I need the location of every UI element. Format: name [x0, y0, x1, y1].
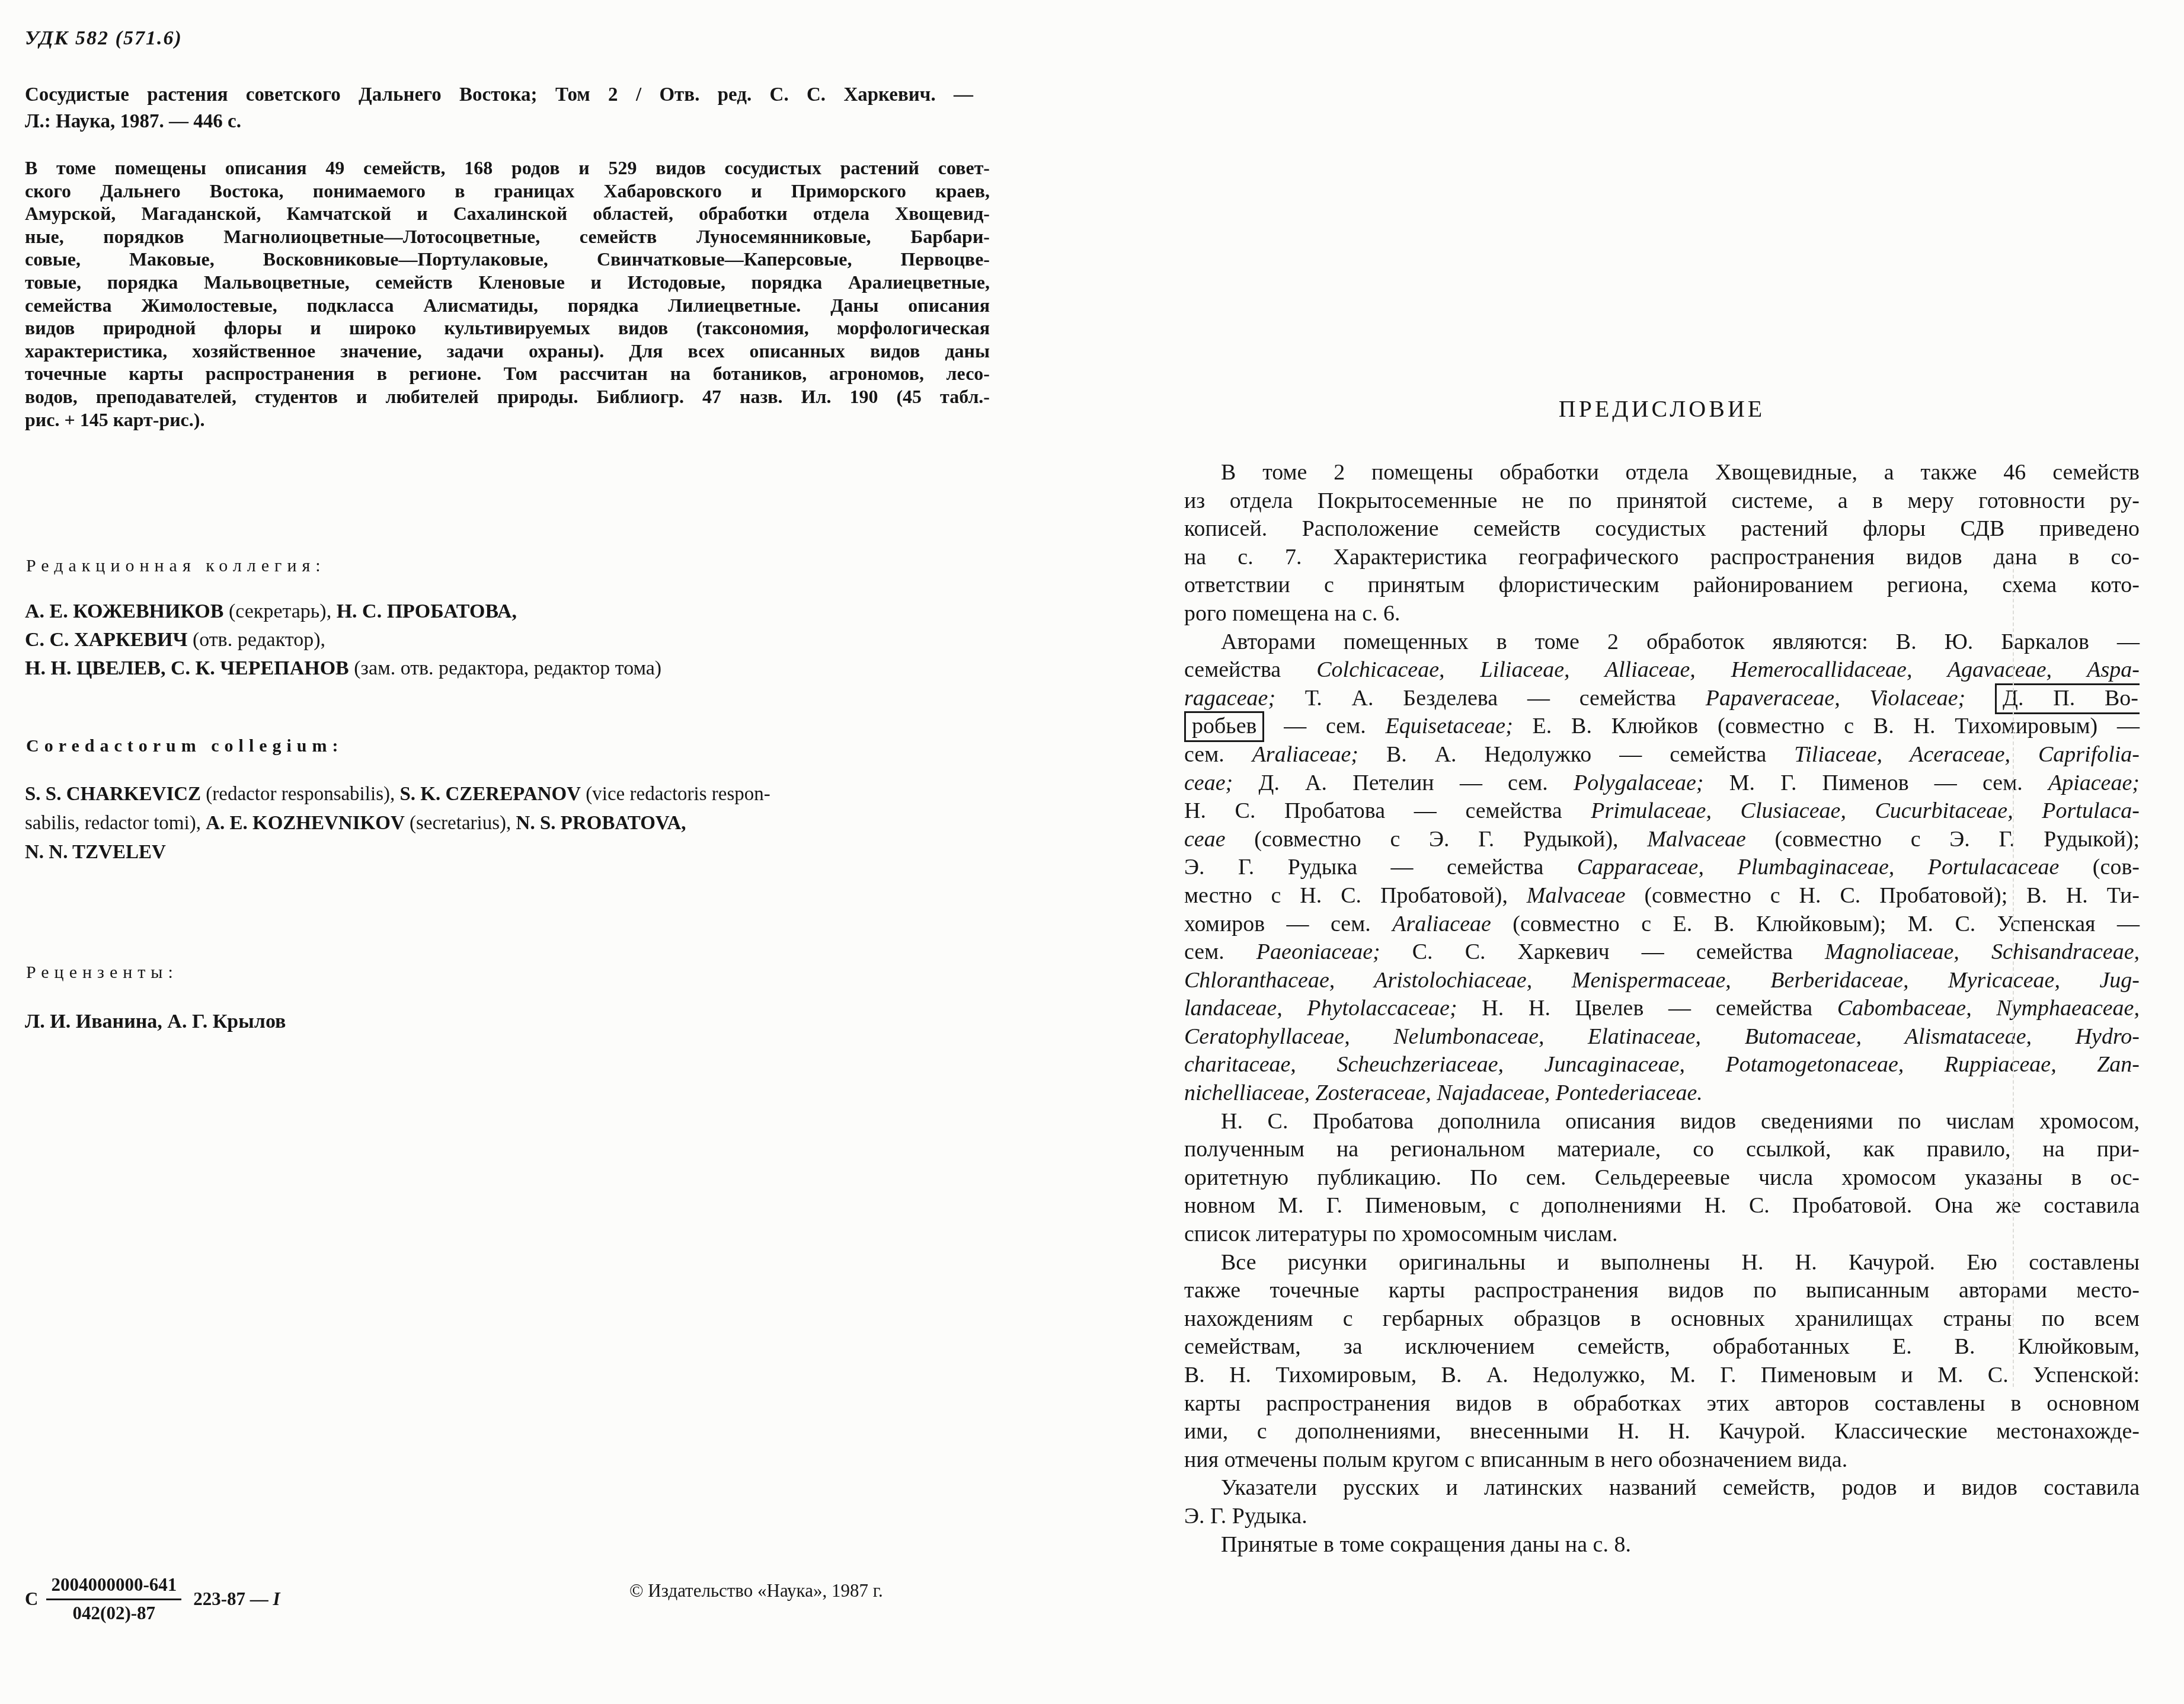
- text-line: ные, порядков Магнолиоцветные—Лотосоцвет…: [25, 225, 990, 248]
- text-line: Н. Н. ЦВЕЛЕВ, С. К. ЧЕРЕПАНОВ (зам. отв.…: [25, 654, 990, 683]
- text-segment: Chloranthaceae, Aristolochiaceae, Menisp…: [1184, 968, 2140, 993]
- text-segment: Malvaceae: [1527, 883, 1626, 908]
- text-segment: Указатели русских и латинских названий с…: [1221, 1475, 2140, 1500]
- paragraph: Принятые в томе сокращения даны на с. 8.: [1184, 1531, 2140, 1559]
- text-segment: Сосудистые растения советского Дальнего …: [25, 84, 973, 105]
- text-segment: Araliaceae: [1392, 912, 1491, 936]
- text-line: видов природной флоры и широко культивир…: [25, 316, 990, 340]
- text-segment: ceae: [1184, 827, 1226, 852]
- text-segment: кописей. Расположение семейств сосудисты…: [1184, 516, 2140, 541]
- text-segment: В томе помещены описания 49 семейств, 16…: [25, 157, 990, 178]
- text-line: рис. + 145 карт-рис.).: [25, 408, 990, 431]
- text-line: новном М. Г. Пименовым, с дополнениями Н…: [1184, 1192, 2140, 1220]
- text-segment: Araliaceae;: [1252, 742, 1358, 767]
- text-line: В. Н. Тихомировым, В. А. Недолужко, М. Г…: [1184, 1361, 2140, 1390]
- text-segment: оритетную публикацию. По сем. Сельдереев…: [1184, 1165, 2140, 1190]
- text-segment: Paeoniaceae;: [1256, 939, 1380, 964]
- text-segment: водов, преподавателей, студентов и любит…: [25, 386, 990, 407]
- text-line: nichelliaceae, Zosteraceae, Najadaceae, …: [1184, 1079, 2140, 1108]
- text-segment: ими, с дополнениями, внесенными Н. Н. Ка…: [1184, 1419, 2140, 1444]
- text-segment: (сов-: [2059, 855, 2140, 880]
- text-segment: Все рисунки оригинальны и выполнены Н. Н…: [1221, 1250, 2140, 1275]
- text-segment: В томе 2 помещены обработки отдела Хвоще…: [1221, 460, 2140, 485]
- text-segment: S. S. CHARKEVICZ: [25, 784, 201, 805]
- coredactorum-members: S. S. CHARKEVICZ (redactor responsabilis…: [25, 780, 997, 867]
- text-line: N. N. TZVELEV: [25, 838, 997, 867]
- text-segment: точечные карты распространения в регионе…: [25, 363, 990, 384]
- copyright-notice: © Издательство «Наука», 1987 г.: [629, 1580, 883, 1601]
- text-segment: Н. С. Пробатова дополнила описания видов…: [1221, 1109, 2140, 1134]
- text-line: семейства Colchicaceae, Liliaceae, Allia…: [1184, 656, 2140, 685]
- text-segment: Colchicaceae, Liliaceae, Alliaceae, Heme…: [1316, 657, 2140, 682]
- text-line: ния отмечены полым кругом с вписанным в …: [1184, 1446, 2140, 1475]
- text-line: полученным на региональном материале, со…: [1184, 1136, 2140, 1164]
- text-line: С. С. ХАРКЕВИЧ (отв. редактор),: [25, 626, 990, 654]
- text-segment: карты распространения видов в обработках…: [1184, 1391, 2140, 1416]
- text-line: характеристика, хозяйственное значение, …: [25, 340, 990, 363]
- text-segment: также точечные карты распространения вид…: [1184, 1278, 2140, 1303]
- text-segment: Д. А. Петелин — сем.: [1233, 771, 1574, 795]
- text-segment: ского Дальнего Востока, понимаемого в гр…: [25, 180, 990, 202]
- text-line: ceae; Д. А. Петелин — сем. Polygalaceae;…: [1184, 769, 2140, 798]
- text-segment: — сем.: [1264, 714, 1385, 738]
- paragraph: Н. С. Пробатова дополнила описания видов…: [1184, 1108, 2140, 1249]
- text-line: на с. 7. Характеристика географического …: [1184, 544, 2140, 572]
- text-segment: С. С. ХАРКЕВИЧ: [25, 629, 187, 651]
- text-segment: (совместно с Э. Г. Рудыкой),: [1226, 827, 1648, 852]
- editorial-board-members: А. Е. КОЖЕВНИКОВ (секретарь), Н. С. ПРОБ…: [25, 597, 990, 683]
- text-segment: полученным на региональном материале, со…: [1184, 1137, 2140, 1162]
- imprint-fraction-denominator: 042(02)-87: [46, 1600, 181, 1624]
- text-segment: nichelliaceae, Zosteraceae, Najadaceae, …: [1184, 1080, 1703, 1105]
- text-line: карты распространения видов в обработках…: [1184, 1390, 2140, 1418]
- text-line: местно с Н. С. Пробатовой), Malvaceae (с…: [1184, 882, 2140, 910]
- text-segment: (отв. редактор),: [187, 629, 325, 651]
- text-line: из отдела Покрытосеменные не по принятой…: [1184, 487, 2140, 516]
- preface-body: В томе 2 помещены обработки отдела Хвоще…: [1184, 459, 2140, 1559]
- text-segment: Papaveraceae, Violaceae;: [1706, 686, 1965, 711]
- imprint-fraction: 2004000000-641 042(02)-87: [46, 1574, 181, 1624]
- text-segment: видов природной флоры и широко культивир…: [25, 317, 990, 338]
- text-line: сем. Araliaceae; В. А. Недолужко — семей…: [1184, 741, 2140, 769]
- text-segment: S. K. CZEREPANOV: [399, 784, 581, 805]
- text-segment: В. Н. Тихомировым, В. А. Недолужко, М. Г…: [1184, 1363, 2140, 1388]
- preface-title: ПРЕДИСЛОВИЕ: [1184, 395, 2140, 423]
- imprint-fraction-numerator: 2004000000-641: [46, 1574, 181, 1600]
- text-line: Авторами помещенных в томе 2 обработок я…: [1184, 628, 2140, 657]
- coredactorum-header: Coredactorum collegium:: [26, 736, 344, 756]
- paragraph: Указатели русских и латинских названий с…: [1184, 1474, 2140, 1530]
- text-segment: (secretarius),: [405, 813, 516, 834]
- text-line: Л. И. Иванина, А. Г. Крылов: [25, 1008, 990, 1036]
- text-line: Н. С. Пробатова — семейства Primulaceae,…: [1184, 797, 2140, 826]
- text-segment: товые, порядка Мальвоцветные, семейств К…: [25, 271, 990, 293]
- text-segment: Н. С. ПРОБАТОВА,: [337, 600, 517, 622]
- text-line: Э. Г. Рудыка — семейства Capparaceae, Pl…: [1184, 853, 2140, 882]
- text-segment: sabilis, redactor tomi),: [25, 813, 206, 834]
- imprint-suffix-text: 223-87 —: [193, 1588, 273, 1609]
- text-segment: ния отмечены полым кругом с вписанным в …: [1184, 1447, 1847, 1472]
- text-line: Ceratophyllaceae, Nelumbonaceae, Elatina…: [1184, 1023, 2140, 1051]
- text-segment: ответствии с принятым флористическим рай…: [1184, 573, 2140, 597]
- text-segment: характеристика, хозяйственное значение, …: [25, 340, 990, 362]
- text-segment: Принятые в томе сокращения даны на с. 8.: [1221, 1532, 1631, 1557]
- reviewers-names: Л. И. Иванина, А. Г. Крылов: [25, 1008, 990, 1036]
- bibliographic-entry: Сосудистые растения советского Дальнего …: [25, 82, 973, 135]
- text-segment: N. N. TZVELEV: [25, 842, 166, 863]
- text-segment: Е. В. Клюйков (совместно с В. Н. Тихомир…: [1513, 714, 2140, 738]
- text-line: также точечные карты распространения вид…: [1184, 1277, 2140, 1305]
- text-line: товые, порядка Мальвоцветные, семейств К…: [25, 271, 990, 294]
- book-spread-scan: { "colors": { "paper": "#fcfcfa", "ink":…: [0, 0, 2184, 1704]
- text-segment: семейства Жимолостевые, подкласса Алисма…: [25, 295, 990, 316]
- imprint-suffix: 223-87 — I: [193, 1588, 280, 1610]
- text-segment: (совместно с Э. Г. Рудыкой);: [1746, 827, 2140, 852]
- text-line: список литературы по хромосомным числам.: [1184, 1220, 2140, 1249]
- text-line: ragaceae; Т. А. Безделева — семейства Pa…: [1184, 685, 2140, 713]
- text-segment: Н. С. Пробатова — семейства: [1184, 798, 1591, 823]
- text-segment: charitaceae, Scheuchzeriaceae, Juncagina…: [1184, 1052, 2140, 1077]
- text-line: ими, с дополнениями, внесенными Н. Н. Ка…: [1184, 1418, 2140, 1446]
- text-segment: М. Г. Пименов — сем.: [1704, 771, 2048, 795]
- text-segment: Malvaceae: [1647, 827, 1746, 852]
- text-segment: А. Е. КОЖЕВНИКОВ: [25, 600, 223, 622]
- text-segment: Cabombaceae, Nymphaeaceae,: [1837, 996, 2140, 1021]
- text-segment: из отдела Покрытосеменные не по принятой…: [1184, 488, 2140, 513]
- text-line: Принятые в томе сокращения даны на с. 8.: [1184, 1531, 2140, 1559]
- text-segment: (секретарь),: [223, 600, 336, 622]
- paragraph: В томе 2 помещены обработки отдела Хвоще…: [1184, 459, 2140, 628]
- text-line: Chloranthaceae, Aristolochiaceae, Menisp…: [1184, 967, 2140, 995]
- text-line: оритетную публикацию. По сем. Сельдереев…: [1184, 1164, 2140, 1193]
- text-segment: сем.: [1184, 742, 1252, 767]
- text-segment: landaceae, Phytolaccaceae;: [1184, 996, 1457, 1021]
- text-segment: (зам. отв. редактора, редактор тома): [349, 657, 661, 679]
- text-segment: (совместно с Н. С. Пробатовой); В. Н. Ти…: [1626, 883, 2140, 908]
- text-segment: рого помещена на с. 6.: [1184, 601, 1400, 626]
- text-segment: сем.: [1184, 939, 1256, 964]
- udc-number: УДК 582 (571.6): [25, 27, 183, 50]
- text-line: sabilis, redactor tomi), A. E. KOZHEVNIK…: [25, 809, 997, 838]
- text-line: робьев — сем. Equisetaceae; Е. В. Клюйко…: [1184, 712, 2140, 741]
- imprint-formula: С 2004000000-641 042(02)-87 223-87 — I: [25, 1574, 280, 1624]
- text-segment: Т. А. Безделева — семейства: [1275, 686, 1706, 711]
- text-segment: ceae;: [1184, 771, 1233, 795]
- text-line: Сосудистые растения советского Дальнего …: [25, 82, 973, 108]
- text-line: А. Е. КОЖЕВНИКОВ (секретарь), Н. С. ПРОБ…: [25, 597, 990, 626]
- text-line: Указатели русских и латинских названий с…: [1184, 1474, 2140, 1502]
- text-segment: Л. И. Иванина, А. Г. Крылов: [25, 1011, 286, 1032]
- paragraph: Все рисунки оригинальны и выполнены Н. Н…: [1184, 1249, 2140, 1475]
- text-segment: N. S. PROBATOVA,: [516, 813, 686, 834]
- imprint-code: С 2004000000-641 042(02)-87 223-87 — I: [25, 1574, 280, 1624]
- text-line: Все рисунки оригинальны и выполнены Н. Н…: [1184, 1249, 2140, 1277]
- text-line: Э. Г. Рудыка.: [1184, 1502, 2140, 1531]
- text-line: ceae (совместно с Э. Г. Рудыкой), Malvac…: [1184, 826, 2140, 854]
- text-segment: хомиров — сем.: [1184, 912, 1392, 936]
- text-segment: С. С. Харкевич — семейства: [1380, 939, 1825, 964]
- text-segment: семейства: [1184, 657, 1316, 682]
- text-line: ответствии с принятым флористическим рай…: [1184, 571, 2140, 600]
- text-segment: рис. + 145 карт-рис.).: [25, 409, 204, 430]
- text-segment: список литературы по хромосомным числам.: [1184, 1222, 1618, 1246]
- text-segment: Equisetaceae;: [1386, 714, 1513, 738]
- text-segment: местно с Н. С. Пробатовой),: [1184, 883, 1527, 908]
- text-line: сем. Paeoniaceae; С. С. Харкевич — семей…: [1184, 938, 2140, 967]
- text-segment: нахождениям с гербарных образцов в основ…: [1184, 1306, 2140, 1331]
- text-line: В томе помещены описания 49 семейств, 16…: [25, 156, 990, 180]
- text-segment: Primulaceae, Clusiaceae, Cucurbitaceae, …: [1591, 798, 2140, 823]
- annotation-text: В томе помещены описания 49 семейств, 16…: [25, 156, 990, 431]
- imprint-prefix: С: [25, 1588, 38, 1610]
- text-segment: (redactor responsabilis),: [201, 784, 399, 805]
- text-segment: В. А. Недолужко — семейства: [1358, 742, 1794, 767]
- text-segment: Н. Н. Цвелев — семейства: [1457, 996, 1837, 1021]
- text-segment: [1965, 686, 1995, 711]
- text-segment: семействам, за исключением семейств, обр…: [1184, 1334, 2140, 1359]
- text-segment: Н. Н. ЦВЕЛЕВ, С. К. ЧЕРЕПАНОВ: [25, 657, 349, 679]
- text-segment: Polygalaceae;: [1574, 771, 1703, 795]
- text-segment: Амурской, Магаданской, Камчатской и Саха…: [25, 203, 990, 224]
- text-line: landaceae, Phytolaccaceae; Н. Н. Цвелев …: [1184, 995, 2140, 1023]
- text-segment: Apiaceae;: [2048, 771, 2140, 795]
- text-line: Амурской, Магаданской, Камчатской и Саха…: [25, 202, 990, 225]
- text-line: рого помещена на с. 6.: [1184, 600, 2140, 628]
- text-line: Н. С. Пробатова дополнила описания видов…: [1184, 1108, 2140, 1136]
- text-segment: (vice redactoris respon-: [581, 784, 770, 805]
- text-line: charitaceae, Scheuchzeriaceae, Juncagina…: [1184, 1051, 2140, 1079]
- text-line: Л.: Наука, 1987. — 446 с.: [25, 108, 973, 135]
- text-segment: Л.: Наука, 1987. — 446 с.: [25, 111, 241, 132]
- text-segment: ные, порядков Магнолиоцветные—Лотосоцвет…: [25, 226, 990, 247]
- text-line: хомиров — сем. Araliaceae (совместно с Е…: [1184, 910, 2140, 939]
- text-segment: A. E. KOZHEVNIKOV: [206, 813, 405, 834]
- text-line: точечные карты распространения в регионе…: [25, 362, 990, 385]
- text-line: ского Дальнего Востока, понимаемого в гр…: [25, 180, 990, 203]
- paragraph: Авторами помещенных в томе 2 обработок я…: [1184, 628, 2140, 1108]
- text-segment: Авторами помещенных в томе 2 обработок я…: [1221, 629, 2140, 654]
- text-segment: на с. 7. Характеристика географического …: [1184, 545, 2140, 570]
- text-line: кописей. Расположение семейств сосудисты…: [1184, 515, 2140, 544]
- text-segment: (совместно с Е. В. Клюйковым); М. С. Усп…: [1491, 912, 2140, 936]
- boxed-name-segment: робьев: [1184, 711, 1264, 742]
- text-segment: совые, Маковые, Восковниковые—Портулаков…: [25, 248, 990, 270]
- text-segment: новном М. Г. Пименовым, с дополнениями Н…: [1184, 1193, 2140, 1218]
- boxed-name-segment: Д. П. Во-: [1995, 683, 2140, 714]
- imprint-suffix-numeral: I: [273, 1588, 280, 1609]
- text-line: водов, преподавателей, студентов и любит…: [25, 385, 990, 408]
- text-line: совые, Маковые, Восковниковые—Портулаков…: [25, 248, 990, 271]
- text-segment: Magnoliaceae, Schisandraceae,: [1825, 939, 2140, 964]
- text-line: семействам, за исключением семейств, обр…: [1184, 1333, 2140, 1361]
- reviewers-header: Рецензенты:: [26, 963, 178, 983]
- text-line: нахождениям с гербарных образцов в основ…: [1184, 1305, 2140, 1334]
- editorial-board-header: Редакционная коллегия:: [26, 556, 326, 576]
- text-segment: Capparaceae, Plumbaginaceae, Portulacace…: [1577, 855, 2060, 880]
- text-segment: ragaceae;: [1184, 686, 1275, 711]
- text-segment: Tiliaceae, Aceraceae, Caprifolia-: [1794, 742, 2140, 767]
- text-segment: Э. Г. Рудыка.: [1184, 1504, 1307, 1529]
- text-line: семейства Жимолостевые, подкласса Алисма…: [25, 294, 990, 317]
- text-line: В томе 2 помещены обработки отдела Хвоще…: [1184, 459, 2140, 487]
- text-line: S. S. CHARKEVICZ (redactor responsabilis…: [25, 780, 997, 809]
- scan-crease-line: [2013, 557, 2014, 1387]
- text-segment: Э. Г. Рудыка — семейства: [1184, 855, 1577, 880]
- text-segment: Ceratophyllaceae, Nelumbonaceae, Elatina…: [1184, 1024, 2140, 1049]
